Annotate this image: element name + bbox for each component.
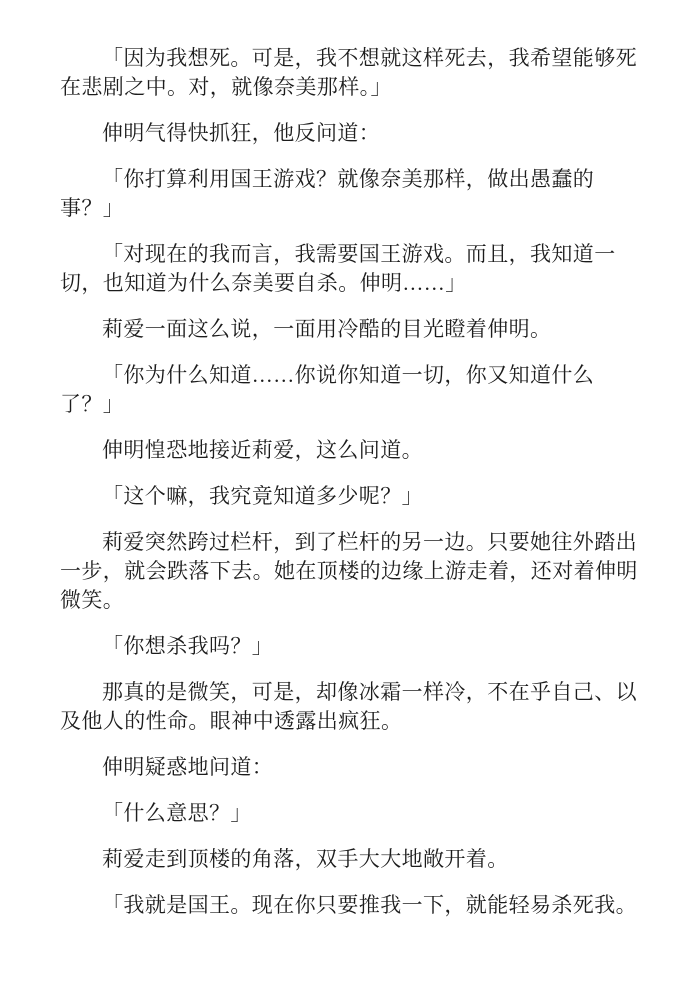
paragraph: 伸明惶恐地接近莉爱，这么问道。: [60, 436, 700, 465]
text-line: 「这个嘛，我究竟知道多少呢？」: [60, 482, 700, 511]
paragraph: 那真的是微笑，可是，却像冰霜一样冷，不在乎自己、以及他人的性命。眼神中透露出疯狂…: [60, 678, 700, 736]
text-line: 莉爱走到顶楼的角落，双手大大地敞开着。: [60, 845, 700, 874]
document-page: 「因为我想死。可是，我不想就这样死去，我希望能够死在悲剧之中。对，就像奈美那样。…: [0, 0, 700, 992]
text-line: 在悲剧之中。对，就像奈美那样。」: [60, 73, 700, 102]
paragraph: 伸明气得快抓狂，他反问道：: [60, 119, 700, 148]
paragraph: 「对现在的我而言，我需要国王游戏。而且，我知道一切，也知道为什么奈美要自杀。伸明…: [60, 240, 700, 298]
text-line: 伸明惶恐地接近莉爱，这么问道。: [60, 436, 700, 465]
text-line: 「什么意思？」: [60, 799, 700, 828]
paragraph: 「这个嘛，我究竟知道多少呢？」: [60, 482, 700, 511]
text-line: 伸明气得快抓狂，他反问道：: [60, 119, 700, 148]
paragraph: 莉爱走到顶楼的角落，双手大大地敞开着。: [60, 845, 700, 874]
text-line: 切，也知道为什么奈美要自杀。伸明……」: [60, 269, 700, 298]
paragraph: 莉爱一面这么说，一面用冷酷的目光瞪着伸明。: [60, 315, 700, 344]
novel-text-body: 「因为我想死。可是，我不想就这样死去，我希望能够死在悲剧之中。对，就像奈美那样。…: [60, 44, 700, 920]
paragraph: 「你打算利用国王游戏？就像奈美那样，做出愚蠢的事？」: [60, 165, 700, 223]
text-line: 事？」: [60, 194, 700, 223]
text-line: 伸明疑惑地问道：: [60, 753, 700, 782]
text-line: 「你想杀我吗？」: [60, 632, 700, 661]
text-line: 及他人的性命。眼神中透露出疯狂。: [60, 707, 700, 736]
text-line: 莉爱突然跨过栏杆，到了栏杆的另一边。只要她往外踏出: [60, 528, 700, 557]
paragraph: 伸明疑惑地问道：: [60, 753, 700, 782]
paragraph: 「你想杀我吗？」: [60, 632, 700, 661]
text-line: 微笑。: [60, 586, 700, 615]
text-line: 一步，就会跌落下去。她在顶楼的边缘上游走着，还对着伸明: [60, 557, 700, 586]
text-line: 「因为我想死。可是，我不想就这样死去，我希望能够死: [60, 44, 700, 73]
text-line: 「对现在的我而言，我需要国王游戏。而且，我知道一: [60, 240, 700, 269]
paragraph: 「我就是国王。现在你只要推我一下，就能轻易杀死我。: [60, 891, 700, 920]
paragraph: 「什么意思？」: [60, 799, 700, 828]
paragraph: 「因为我想死。可是，我不想就这样死去，我希望能够死在悲剧之中。对，就像奈美那样。…: [60, 44, 700, 102]
text-line: 莉爱一面这么说，一面用冷酷的目光瞪着伸明。: [60, 315, 700, 344]
text-line: 那真的是微笑，可是，却像冰霜一样冷，不在乎自己、以: [60, 678, 700, 707]
text-line: 「你为什么知道……你说你知道一切，你又知道什么: [60, 361, 700, 390]
text-line: 「我就是国王。现在你只要推我一下，就能轻易杀死我。: [60, 891, 700, 920]
text-line: 「你打算利用国王游戏？就像奈美那样，做出愚蠢的: [60, 165, 700, 194]
text-line: 了？」: [60, 390, 700, 419]
paragraph: 「你为什么知道……你说你知道一切，你又知道什么了？」: [60, 361, 700, 419]
paragraph: 莉爱突然跨过栏杆，到了栏杆的另一边。只要她往外踏出一步，就会跌落下去。她在顶楼的…: [60, 528, 700, 615]
